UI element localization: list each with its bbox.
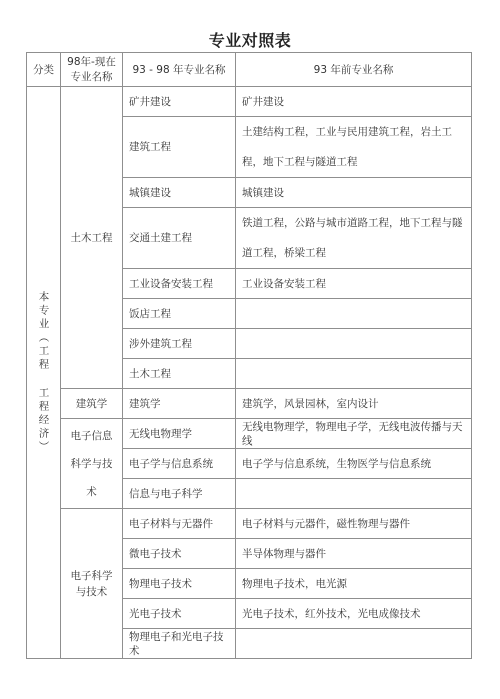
old-major-cell [236, 329, 472, 359]
category-cell: 本专业（工程 工程经济） [27, 87, 61, 659]
mid-major-cell: 城镇建设 [123, 178, 236, 208]
table-header-row: 分类 98年-现在 专业名称 93 - 98 年专业名称 93 年前专业名称 [27, 53, 472, 87]
mid-major-cell: 无线电物理学 [123, 419, 236, 449]
old-major-cell [236, 629, 472, 659]
old-major-cell: 矿井建设 [236, 87, 472, 117]
major-line1: 电子信息 [67, 422, 116, 450]
old-major-cell: 物理电子技术，电光源 [236, 569, 472, 599]
mid-major-cell: 土木工程 [123, 359, 236, 389]
old-major-cell: 土建结构工程，工业与民用建筑工程，岩土工程，地下工程与隧道工程 [236, 117, 472, 178]
header-category: 分类 [27, 53, 61, 87]
table-row: 电子信息 科学与技术 无线电物理学 无线电物理学，物理电子学，无线电波传播与天线 [27, 419, 472, 449]
old-major-cell: 建筑学，风景园林，室内设计 [236, 389, 472, 419]
mid-major-cell: 饭店工程 [123, 299, 236, 329]
header-current-major: 98年-现在 专业名称 [61, 53, 123, 87]
old-major-cell: 工业设备安装工程 [236, 269, 472, 299]
mid-major-cell: 微电子技术 [123, 539, 236, 569]
major-civil-engineering: 土木工程 [61, 87, 123, 389]
header-current-line2: 专业名称 [63, 70, 120, 85]
mid-major-cell: 信息与电子科学 [123, 479, 236, 509]
mid-major-cell: 光电子技术 [123, 599, 236, 629]
old-major-cell: 电子材料与元器件，磁性物理与器件 [236, 509, 472, 539]
major-line2: 与技术 [67, 584, 116, 600]
old-major-cell [236, 359, 472, 389]
mid-major-cell: 建筑学 [123, 389, 236, 419]
header-current-line1: 98年-现在 [63, 55, 120, 70]
major-architecture: 建筑学 [61, 389, 123, 419]
category-label: 本专业（工程 工程经济） [37, 291, 51, 455]
mid-major-cell: 工业设备安装工程 [123, 269, 236, 299]
mid-major-cell: 电子材料与无器件 [123, 509, 236, 539]
old-major-cell [236, 479, 472, 509]
old-major-cell: 光电子技术，红外技术，光电成像技术 [236, 599, 472, 629]
old-major-cell: 半导体物理与器件 [236, 539, 472, 569]
table-row: 本专业（工程 工程经济） 土木工程 矿井建设 矿井建设 [27, 87, 472, 117]
mid-major-cell: 物理电子和光电子技术 [123, 629, 236, 659]
old-major-cell: 电子学与信息系统，生物医学与信息系统 [236, 449, 472, 479]
major-electronic-science: 电子科学 与技术 [61, 509, 123, 659]
major-line1: 电子科学 [67, 568, 116, 584]
table-row: 建筑学 建筑学 建筑学，风景园林，室内设计 [27, 389, 472, 419]
old-major-cell [236, 299, 472, 329]
old-major-cell: 无线电物理学，物理电子学，无线电波传播与天线 [236, 419, 472, 449]
mid-major-cell: 建筑工程 [123, 117, 236, 178]
mid-major-cell: 电子学与信息系统 [123, 449, 236, 479]
old-major-cell: 城镇建设 [236, 178, 472, 208]
major-electronic-info-science: 电子信息 科学与技术 [61, 419, 123, 509]
header-93-98-major: 93 - 98 年专业名称 [123, 53, 236, 87]
mid-major-cell: 涉外建筑工程 [123, 329, 236, 359]
document-title: 专业对照表 [0, 28, 500, 51]
table-row: 电子科学 与技术 电子材料与无器件 电子材料与元器件，磁性物理与器件 [27, 509, 472, 539]
header-pre-93-major: 93 年前专业名称 [236, 53, 472, 87]
mid-major-cell: 矿井建设 [123, 87, 236, 117]
mid-major-cell: 物理电子技术 [123, 569, 236, 599]
mid-major-cell: 交通土建工程 [123, 208, 236, 269]
old-major-cell: 铁道工程，公路与城市道路工程，地下工程与隧道工程，桥梁工程 [236, 208, 472, 269]
major-comparison-table: 分类 98年-现在 专业名称 93 - 98 年专业名称 93 年前专业名称 本… [26, 52, 472, 659]
major-line2: 科学与技术 [67, 450, 116, 506]
